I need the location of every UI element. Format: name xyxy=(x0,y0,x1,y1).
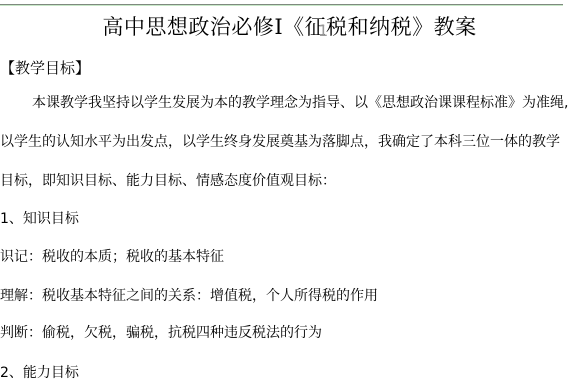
list-item-understand: 理解：税收基本特征之间的关系：增值税，个人所得税的作用 xyxy=(0,287,378,305)
list-item-judge: 判断：偷税，欠税，骗税，抗税四种违反税法的行为 xyxy=(0,324,322,342)
list-item-recall: 识记：税收的本质；税收的基本特征 xyxy=(0,248,224,266)
list-item-ability-goal: 2、能力目标 xyxy=(0,364,79,382)
paragraph-line-1: 本课教学我坚持以学生发展为本的教学理念为指导、以《思想政治课课程标准》为准绳, xyxy=(32,94,568,112)
paragraph-line-2: 以学生的认知水平为出发点，以学生终身发展奠基为落脚点，我确定了本科三位一体的教学 xyxy=(0,133,560,151)
page-marker: 1 xyxy=(318,22,328,40)
list-item-knowledge-goal: 1、知识目标 xyxy=(0,210,79,228)
document-title: 高中思想政治必修Ⅰ《征税和纳税》教案 xyxy=(0,13,579,41)
section-heading-teaching-goals: 【教学目标】 xyxy=(0,59,90,77)
header-rule-highlight xyxy=(0,5,563,6)
paragraph-line-3: 目标，即知识目标、能力目标、情感态度价值观目标： xyxy=(0,172,336,190)
